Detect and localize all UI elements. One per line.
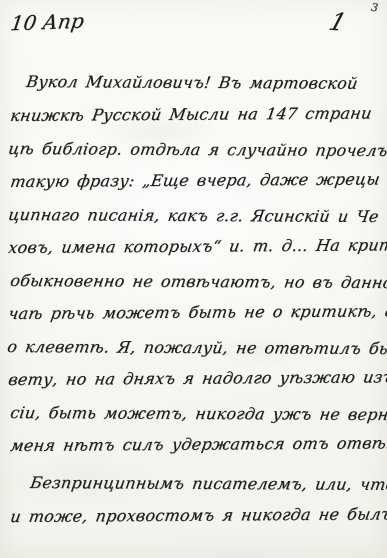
manuscript-line: чаѣ рѣчь можетъ быть не о критикѣ, а про… bbox=[7, 301, 387, 323]
page-number: 1 bbox=[326, 8, 350, 37]
corner-mark: 3 bbox=[370, 1, 379, 15]
manuscript-line: сіи, быть можетъ, никогда ужъ не вернусь… bbox=[9, 403, 387, 424]
manuscript-line: такую фразу: „Еще вчера, даже жрецы безп… bbox=[9, 169, 387, 191]
manuscript-line: меня нѣтъ силъ удержаться отъ отвѣта. bbox=[9, 433, 387, 455]
manuscript-line: ховъ, имена которыхъ“ и. т. д... На крит… bbox=[7, 235, 387, 257]
manuscript-line: ципнаго писанія, какъ г.г. Ясинскій и Че bbox=[7, 205, 380, 226]
manuscript-line: о клеветѣ. Я, пожалуй, не отвѣтилъ бы и … bbox=[6, 337, 387, 358]
manuscript-page: 10 Апр 1 3 Вукол Михайловичъ! Въ мартовс… bbox=[0, 0, 387, 558]
manuscript-line: обыкновенно не отвѣчаютъ, но въ данномъ … bbox=[9, 271, 387, 292]
manuscript-line: Безпринципнымъ писателемъ, или, что одно bbox=[29, 473, 387, 494]
manuscript-line: цѣ библіогр. отдѣла я случайно прочелъ bbox=[7, 139, 387, 160]
letter-date: 10 Апр bbox=[9, 9, 85, 36]
manuscript-line: вету, но на дняхъ я надолго уѣзжаю изъ Р… bbox=[7, 367, 387, 389]
manuscript-line: Вукол Михайловичъ! Въ мартовской bbox=[25, 72, 359, 93]
manuscript-line: и тоже, прохвостомъ я никогда не былъ. bbox=[9, 504, 387, 526]
manuscript-line: книжкѣ Русской Мысли на 147 страни bbox=[9, 103, 373, 125]
